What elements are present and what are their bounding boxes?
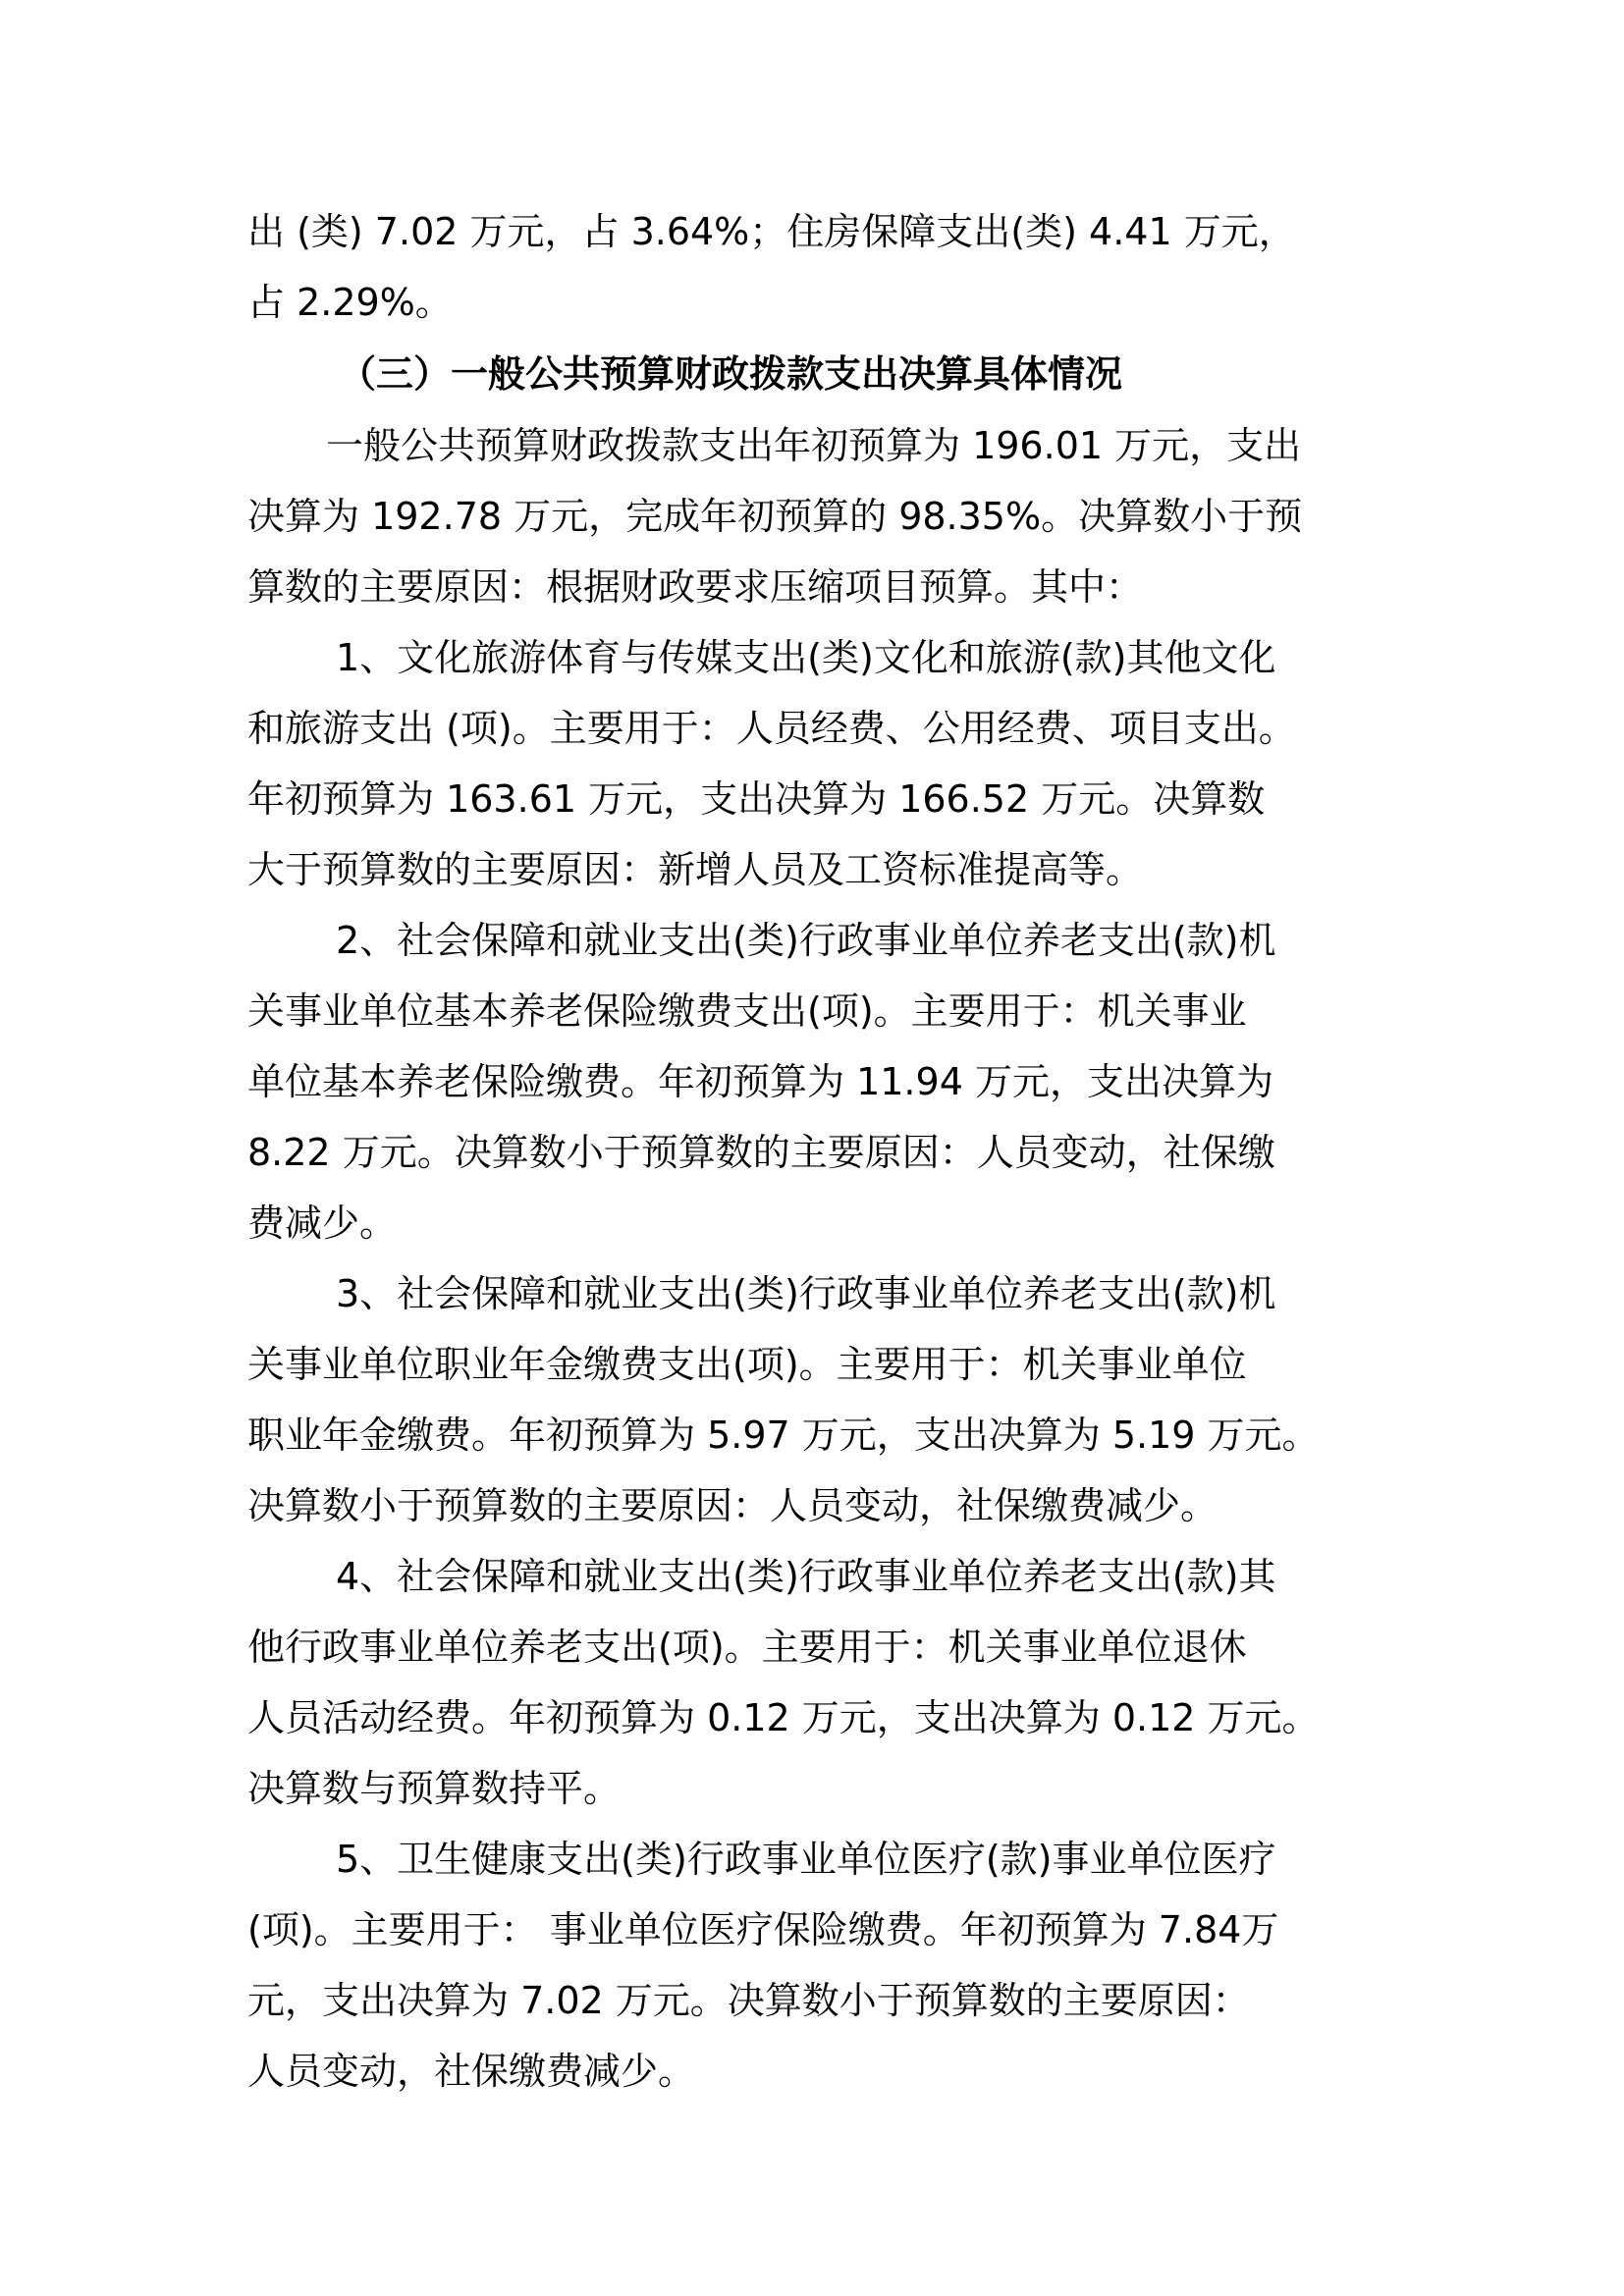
item-5-line-4: 人员变动，社保缴费减少。	[247, 2048, 695, 2095]
summary-paragraph-line-2: 决算为 192.78 万元，完成年初预算的 98.35%。决算数小于预	[247, 493, 1302, 540]
summary-paragraph-line-1: 一般公共预算财政拨款支出年初预算为 196.01 万元，支出	[326, 422, 1301, 469]
item-2-line-4: 8.22 万元。决算数小于预算数的主要原因：人员变动，社保缴	[247, 1129, 1275, 1176]
item-3-line-4: 决算数小于预算数的主要原因：人员变动，社保缴费减少。	[247, 1482, 1218, 1529]
item-4-line-4: 决算数与预算数持平。	[247, 1765, 621, 1812]
item-2-line-5: 费减少。	[247, 1200, 397, 1247]
summary-paragraph-line-3: 算数的主要原因：根据财政要求压缩项目预算。其中：	[247, 563, 1143, 611]
item-5-line-2: (项)。主要用于： 事业单位医疗保险缴费。年初预算为 7.84万	[247, 1906, 1278, 1953]
item-5-line-3: 元，支出决算为 7.02 万元。决算数小于预算数的主要原因：	[247, 1977, 1250, 2024]
item-1-line-3: 年初预算为 163.61 万元，支出决算为 166.52 万元。决算数	[247, 775, 1265, 823]
item-2-line-1: 2、社会保障和就业支出(类)行政事业单位养老支出(款)机	[336, 917, 1275, 964]
item-1-line-1: 1、文化旅游体育与传媒支出(类)文化和旅游(款)其他文化	[336, 634, 1275, 681]
paragraph-line-continuation-2: 占 2.29%。	[247, 279, 453, 326]
item-3-line-1: 3、社会保障和就业支出(类)行政事业单位养老支出(款)机	[336, 1270, 1275, 1317]
section-heading: （三）一般公共预算财政拨款支出决算具体情况	[339, 350, 1122, 398]
item-2-line-2: 关事业单位基本养老保险缴费支出(项)。主要用于：机关事业	[247, 988, 1247, 1035]
item-2-line-3: 单位基本养老保险缴费。年初预算为 11.94 万元，支出决算为	[247, 1058, 1273, 1105]
paragraph-line-continuation-1: 出 (类) 7.02 万元，占 3.64%；住房保障支出(类) 4.41 万元，	[247, 208, 1296, 255]
item-1-line-2: 和旅游支出 (项)。主要用于：人员经费、公用经费、项目支出。	[247, 705, 1296, 752]
document-page: 出 (类) 7.02 万元，占 3.64%；住房保障支出(类) 4.41 万元，…	[0, 0, 1624, 2296]
item-3-line-2: 关事业单位职业年金缴费支出(项)。主要用于：机关事业单位	[247, 1341, 1247, 1388]
item-4-line-1: 4、社会保障和就业支出(类)行政事业单位养老支出(款)其	[336, 1553, 1275, 1600]
item-4-line-3: 人员活动经费。年初预算为 0.12 万元，支出决算为 0.12 万元。	[247, 1694, 1320, 1741]
item-4-line-2: 他行政事业单位养老支出(项)。主要用于：机关事业单位退休	[247, 1624, 1247, 1671]
item-5-line-1: 5、卫生健康支出(类)行政事业单位医疗(款)事业单位医疗	[336, 1836, 1275, 1883]
item-1-line-4: 大于预算数的主要原因：新增人员及工资标准提高等。	[247, 846, 1143, 893]
item-3-line-3: 职业年金缴费。年初预算为 5.97 万元，支出决算为 5.19 万元。	[247, 1412, 1320, 1459]
